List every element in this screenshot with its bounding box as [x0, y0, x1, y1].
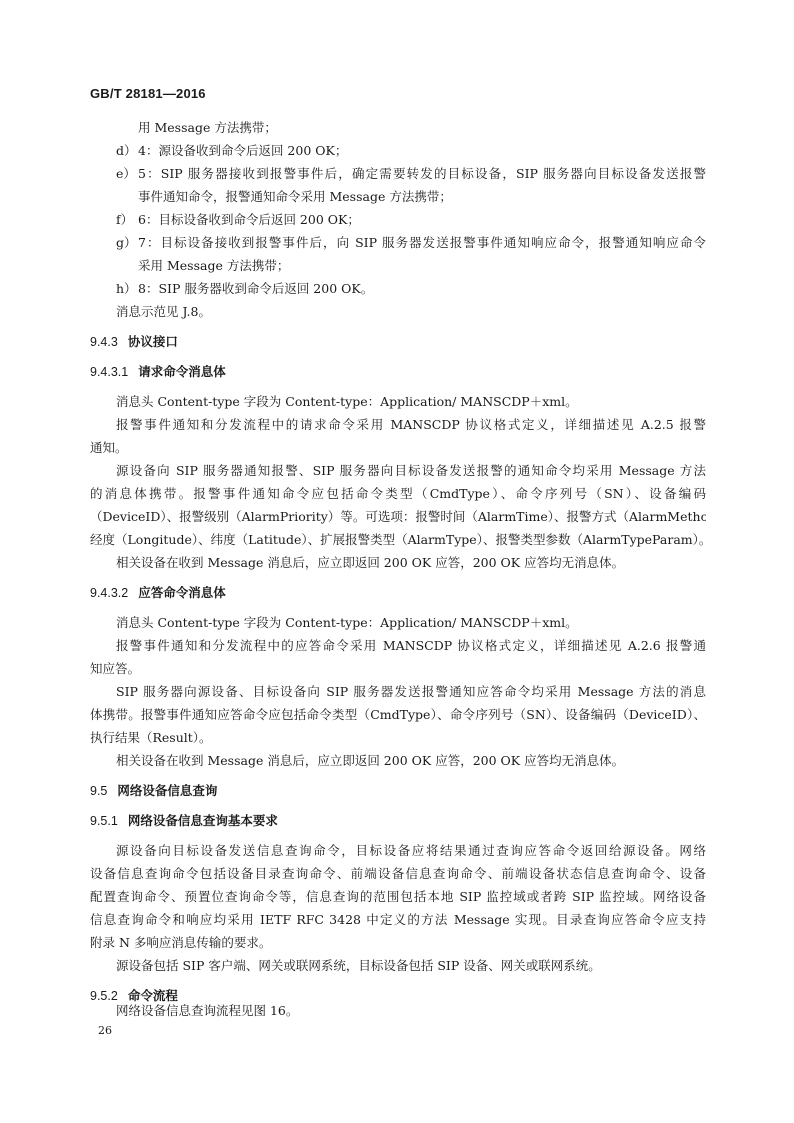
paragraph: 相关设备在收到 Message 消息后，应立即返回 200 OK 应答，200 … — [116, 555, 624, 571]
section-title: 请求命令消息体 — [138, 364, 226, 379]
paragraph-line: 执行结果（Result）。 — [90, 730, 212, 746]
list-marker: f） — [116, 212, 133, 228]
paragraph-line: 通知。 — [90, 440, 128, 456]
paragraph-line: SIP 服务器向源设备、目标设备向 SIP 服务器发送报警通知应答命令均采用 M… — [116, 684, 706, 700]
section-title: 应答命令消息体 — [138, 585, 226, 600]
list-marker: g） — [116, 235, 137, 251]
section-number: 9.5.2 — [90, 989, 118, 1003]
section-heading-9-4-3-1: 9.4.3.1请求命令消息体 — [90, 364, 226, 380]
section-title: 网络设备信息查询 — [117, 783, 217, 798]
page-number: 26 — [98, 1024, 112, 1037]
paragraph-line: 源设备向 SIP 服务器通知报警、SIP 服务器向目标设备发送报警的通知命令均采… — [116, 463, 706, 479]
section-heading-9-4-3: 9.4.3协议接口 — [90, 334, 178, 350]
paragraph: 消息头 Content-type 字段为 Content-type：Applic… — [116, 394, 578, 410]
list-marker: d） — [116, 143, 137, 159]
section-title: 网络设备信息查询基本要求 — [128, 813, 278, 828]
list-marker: h） — [116, 281, 137, 297]
list-item-text: 4：源设备收到命令后返回 200 OK； — [138, 143, 347, 159]
paragraph-line: 附录 N 多响应消息传输的要求。 — [90, 935, 271, 951]
paragraph-line: 的消息体携带。报警事件通知命令应包括命令类型（CmdType）、命令序列号（SN… — [90, 486, 706, 502]
list-continuation: 用 Message 方法携带； — [138, 120, 277, 136]
paragraph-line: 配置查询命令、预置位查询命令等，信息查询的范围包括本地 SIP 监控域或者跨 S… — [90, 889, 706, 905]
page-header: GB/T 28181—2016 — [90, 86, 206, 101]
paragraph-line: 报警事件通知和分发流程中的请求命令采用 MANSCDP 协议格式定义，详细描述见… — [116, 417, 706, 433]
list-item-text: 7：目标设备接收到报警事件后，向 SIP 服务器发送报警事件通知响应命令，报警通… — [138, 235, 706, 251]
section-title: 协议接口 — [128, 334, 178, 349]
list-item-text: 5：SIP 服务器接收到报警事件后，确定需要转发的目标设备，SIP 服务器向目标… — [138, 166, 706, 182]
section-number: 9.4.3.1 — [90, 365, 128, 379]
paragraph-line: （DeviceID）、报警级别（AlarmPriority）等。可选项：报警时间… — [90, 509, 706, 525]
paragraph: 相关设备在收到 Message 消息后，应立即返回 200 OK 应答，200 … — [116, 753, 624, 769]
example-reference: 消息示范见 J.8。 — [116, 304, 211, 320]
section-heading-9-5-1: 9.5.1网络设备信息查询基本要求 — [90, 813, 278, 829]
section-number: 9.5.1 — [90, 814, 118, 828]
paragraph: 源设备包括 SIP 客户端、网关或联网系统，目标设备包括 SIP 设备、网关或联… — [116, 958, 601, 974]
list-item-text: 事件通知命令，报警通知命令采用 Message 方法携带； — [138, 189, 452, 205]
paragraph-line: 设备信息查询命令包括设备目录查询命令、前端设备信息查询命令、前端设备状态信息查询… — [90, 866, 706, 882]
section-number: 9.4.3 — [90, 335, 118, 349]
list-item-text: 6：目标设备收到命令后返回 200 OK； — [138, 212, 360, 228]
paragraph-line: 知应答。 — [90, 661, 140, 677]
paragraph-line: 报警事件通知和分发流程中的应答命令采用 MANSCDP 协议格式定义，详细描述见… — [116, 638, 706, 654]
list-item-text: 8：SIP 服务器收到命令后返回 200 OK。 — [138, 281, 373, 297]
paragraph-line: 体携带。报警事件通知应答命令应包括命令类型（CmdType）、命令序列号（SN）… — [90, 707, 706, 723]
section-number: 9.5 — [90, 784, 107, 798]
paragraph: 网络设备信息查询流程见图 16。 — [116, 1003, 298, 1019]
paragraph-line: 源设备向目标设备发送信息查询命令，目标设备应将结果通过查询应答命令返回给源设备。… — [116, 843, 706, 859]
paragraph-line: 经度（Longitude）、纬度（Latitude）、扩展报警类型（AlarmT… — [90, 532, 711, 548]
paragraph: 消息头 Content-type 字段为 Content-type：Applic… — [116, 615, 578, 631]
section-heading-9-5-2: 9.5.2命令流程 — [90, 988, 178, 1004]
section-heading-9-4-3-2: 9.4.3.2应答命令消息体 — [90, 585, 226, 601]
list-marker: e） — [116, 166, 136, 182]
section-title: 命令流程 — [128, 988, 178, 1003]
section-heading-9-5: 9.5网络设备信息查询 — [90, 783, 217, 799]
paragraph-line: 信息查询命令和响应均采用 IETF RFC 3428 中定义的方法 Messag… — [90, 912, 706, 928]
section-number: 9.4.3.2 — [90, 586, 128, 600]
list-item-text: 采用 Message 方法携带； — [138, 258, 289, 274]
